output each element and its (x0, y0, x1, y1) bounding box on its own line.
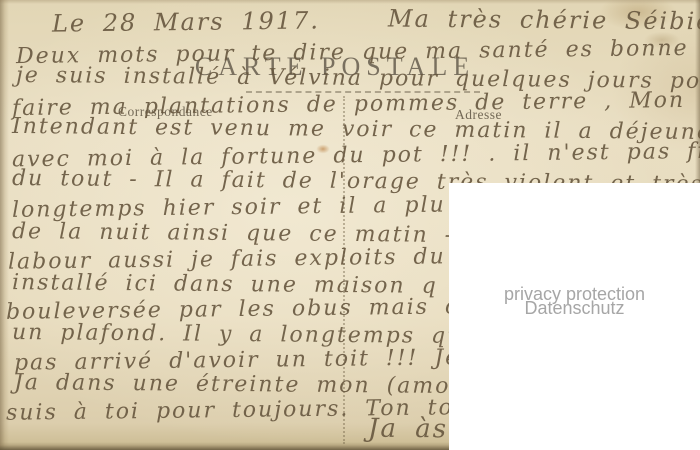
privacy-text-de: Datenschutz (449, 301, 700, 315)
handwriting-line: Ja dans une étreinte mon (amo (14, 370, 451, 399)
paper-edge-right (695, 0, 700, 184)
paper-edge-top (0, 0, 700, 4)
handwriting-line: de la nuit ainsi que ce matin - (12, 219, 454, 248)
privacy-overlay: privacy protection Datenschutz (449, 183, 700, 450)
handwriting-signature: Ja às (368, 414, 448, 445)
handwriting-salutation: Ma très chérie Séibier (388, 5, 700, 36)
handwriting-date: Le 28 Mars 1917. (52, 6, 320, 37)
paper-edge-left (0, 0, 9, 450)
postcard-scan: CARTE POSTALE Correspondance Adresse Le … (0, 0, 700, 450)
privacy-overlay-text: privacy protection Datenschutz (449, 287, 700, 315)
handwriting-line: un plafond. Il y a longtemps qu (12, 320, 464, 349)
